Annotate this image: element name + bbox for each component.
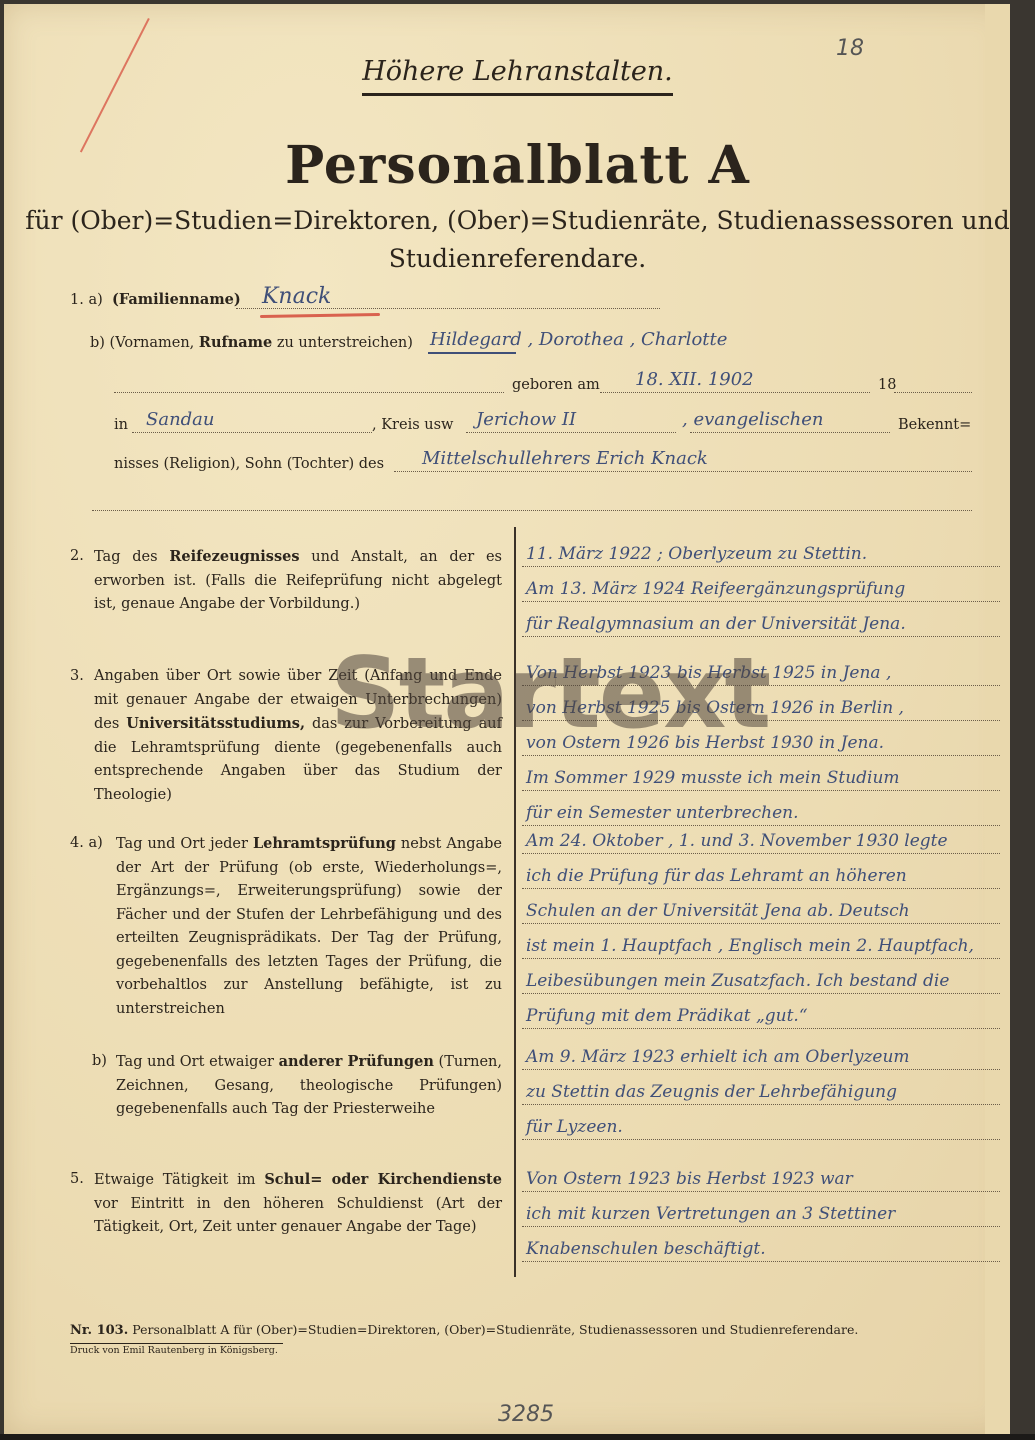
question-2: 2. Tag des Reifezeugnisses und Anstalt, … (70, 545, 502, 617)
question-3: 3. Angaben über Ort sowie über Zeit (Anf… (70, 665, 502, 807)
confession-label: Bekennt= (898, 415, 971, 435)
year-line (894, 392, 972, 393)
answer-line: für Realgymnasium an der Universität Jen… (522, 605, 1000, 637)
form-title: Personalblatt A (0, 135, 1035, 196)
field-1a-number: 1. a) (70, 290, 103, 310)
answer-4a: Am 24. Oktober , 1. und 3. November 1930… (522, 822, 1000, 1032)
birth-place-value: Sandau (146, 409, 215, 430)
answer-line: ist mein 1. Hauptfach , Englisch mein 2.… (522, 927, 1000, 959)
question-4b: b) Tag und Ort etwaiger anderer Prüfunge… (92, 1050, 502, 1122)
birth-date-value: 18. XII. 1902 (635, 369, 754, 390)
answer-3: Von Herbst 1923 bis Herbst 1925 in Jena … (522, 654, 1000, 829)
answer-4b: Am 9. März 1923 erhielt ich am Oberlyzeu… (522, 1038, 1000, 1143)
answer-line: für Lyzeen. (522, 1108, 1000, 1140)
question-5: 5. Etwaige Tätigkeit im Schul= oder Kirc… (70, 1168, 502, 1240)
parent-label: nisses (Religion), Sohn (Tochter) des (114, 454, 384, 474)
printer-imprint: Druck von Emil Rautenberg in Königsberg. (70, 1343, 283, 1356)
answer-5: Von Ostern 1923 bis Herbst 1923 war ich … (522, 1160, 1000, 1265)
form-subtitle-line1: für (Ober)=Studien=Direktoren, (Ober)=St… (0, 206, 1035, 235)
answer-line: 11. März 1922 ; Oberlyzeum zu Stettin. (522, 535, 1000, 567)
religion-value: , evangelischen (682, 409, 823, 430)
institution-header: Höhere Lehranstalten. (0, 56, 1035, 96)
answer-line: von Herbst 1925 bis Ostern 1926 in Berli… (522, 689, 1000, 721)
district-value: Jerichow II (476, 409, 576, 430)
answer-line: Schulen an der Universität Jena ab. Deut… (522, 892, 1000, 924)
answer-line: Von Ostern 1923 bis Herbst 1923 war (522, 1160, 1000, 1192)
answer-line: von Ostern 1926 bis Herbst 1930 in Jena. (522, 724, 1000, 756)
answer-2: 11. März 1922 ; Oberlyzeum zu Stettin. A… (522, 535, 1000, 640)
given-names-value: Hildegard , Dorothea , Charlotte (430, 329, 727, 350)
district-line (466, 432, 676, 433)
scan-edge (0, 1434, 1035, 1440)
answer-line: Am 9. März 1923 erhielt ich am Oberlyzeu… (522, 1038, 1000, 1070)
place-line (132, 432, 372, 433)
answer-line: Am 24. Oktober , 1. und 3. November 1930… (522, 822, 1000, 854)
rufname-underline (428, 352, 516, 354)
answer-line: zu Stettin das Zeugnis der Lehrbefähigun… (522, 1073, 1000, 1105)
religion-line (690, 432, 890, 433)
form-subtitle-line2: Studienreferendare. (0, 244, 1035, 273)
archive-number: 3285 (498, 1402, 554, 1427)
answer-line: Knabenschulen beschäftigt. (522, 1230, 1000, 1262)
answer-line: Prüfung mit dem Prädikat „gut.“ (522, 997, 1000, 1029)
column-divider (514, 527, 516, 1277)
parent-value: Mittelschullehrers Erich Knack (422, 448, 708, 469)
question-4a: 4. a) Tag und Ort jeder Lehramtsprüfung … (70, 832, 502, 1021)
form-number: Nr. 103. (70, 1323, 128, 1338)
answer-line: Leibesübungen mein Zusatzfach. Ich besta… (522, 962, 1000, 994)
answer-line: Von Herbst 1923 bis Herbst 1925 in Jena … (522, 654, 1000, 686)
section-divider (92, 510, 972, 511)
answer-line: ich die Prüfung für das Lehramt an höher… (522, 857, 1000, 889)
parent-line (394, 471, 972, 472)
form-description: Personalblatt A für (Ober)=Studien=Direk… (132, 1322, 858, 1337)
answer-line: Im Sommer 1929 musste ich mein Studium (522, 759, 1000, 791)
birth-prefix-line (114, 392, 504, 393)
form-footer: Nr. 103. Personalblatt A für (Ober)=Stud… (70, 1322, 858, 1338)
answer-line: ich mit kurzen Vertretungen an 3 Stettin… (522, 1195, 1000, 1227)
family-name-value: Knack (262, 284, 331, 309)
born-label: geboren am (512, 375, 600, 395)
district-label: , Kreis usw (372, 415, 453, 435)
given-names-label: b) (Vornamen, Rufname zu unterstreichen) (90, 333, 413, 353)
birth-date-line (600, 392, 870, 393)
family-name-label: (Familienname) (112, 290, 241, 310)
answer-line: Am 13. März 1924 Reifeergänzungsprüfung (522, 570, 1000, 602)
place-label: in (114, 415, 128, 435)
